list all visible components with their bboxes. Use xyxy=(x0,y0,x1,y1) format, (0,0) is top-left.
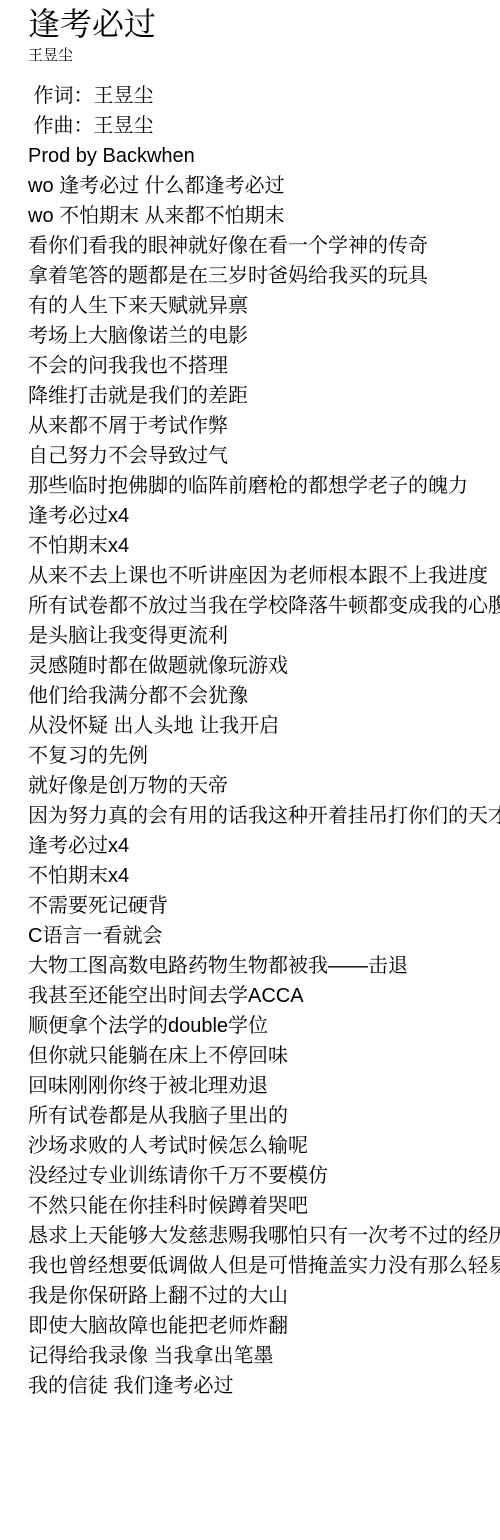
lyric-line: 不需要死记硬背 xyxy=(28,891,500,921)
lyric-line: 我是你保研路上翻不过的大山 xyxy=(28,1281,500,1311)
lyric-line: 没经过专业训练请你千万不要模仿 xyxy=(28,1161,500,1191)
lyric-line: 降维打击就是我们的差距 xyxy=(28,381,500,411)
lyric-line: 记得给我录像 当我拿出笔墨 xyxy=(28,1341,500,1371)
credit-line: Prod by Backwhen xyxy=(28,141,500,171)
lyric-line: 我也曾经想要低调做人但是可惜掩盖实力没有那么轻易 xyxy=(28,1251,500,1281)
lyric-line: 顺便拿个法学的double学位 xyxy=(28,1011,500,1041)
lyric-line: wo 不怕期末 从来都不怕期末 xyxy=(28,201,500,231)
lyric-line: 看你们看我的眼神就好像在看一个学神的传奇 xyxy=(28,231,500,261)
credit-line: 作曲：王昱尘 xyxy=(28,111,500,141)
lyric-line: 从没怀疑 出人头地 让我开启 xyxy=(28,711,500,741)
lyric-line: 从来都不屑于考试作弊 xyxy=(28,411,500,441)
lyric-line: 所有试卷都不放过当我在学校降落牛顿都变成我的心腹 xyxy=(28,591,500,621)
lyric-line: 大物工图高数电路药物生物都被我——击退 xyxy=(28,951,500,981)
lyric-line: 沙场求败的人考试时候怎么输呢 xyxy=(28,1131,500,1161)
lyric-line: 有的人生下来天赋就异禀 xyxy=(28,291,500,321)
song-title: 逢考必过 xyxy=(28,0,500,42)
lyric-line: 自己努力不会导致过气 xyxy=(28,441,500,471)
lyric-line: wo 逢考必过 什么都逢考必过 xyxy=(28,171,500,201)
lyrics-body: 作词：王昱尘 作曲：王昱尘Prod by Backwhenwo 逢考必过 什么都… xyxy=(28,81,500,1401)
lyric-line: 灵感随时都在做题就像玩游戏 xyxy=(28,651,500,681)
lyric-line: 不会的问我我也不搭理 xyxy=(28,351,500,381)
lyric-line: 不然只能在你挂科时候蹲着哭吧 xyxy=(28,1191,500,1221)
lyric-line: 考场上大脑像诺兰的电影 xyxy=(28,321,500,351)
lyric-line: 但你就只能躺在床上不停回味 xyxy=(28,1041,500,1071)
lyric-line: 不怕期末x4 xyxy=(28,531,500,561)
lyric-line: 逢考必过x4 xyxy=(28,831,500,861)
lyric-line: 即使大脑故障也能把老师炸翻 xyxy=(28,1311,500,1341)
lyric-line: 逢考必过x4 xyxy=(28,501,500,531)
lyric-line: 是头脑让我变得更流利 xyxy=(28,621,500,651)
lyric-line: 恳求上天能够大发慈悲赐我哪怕只有一次考不过的经历 xyxy=(28,1221,500,1251)
lyric-line: 从来不去上课也不听讲座因为老师根本跟不上我进度 xyxy=(28,561,500,591)
lyric-line: 那些临时抱佛脚的临阵前磨枪的都想学老子的魄力 xyxy=(28,471,500,501)
lyric-line: 我的信徒 我们逢考必过 xyxy=(28,1371,500,1401)
lyric-line: 不复习的先例 xyxy=(28,741,500,771)
credit-line: 作词：王昱尘 xyxy=(28,81,500,111)
lyrics-page: 逢考必过 王昱尘 作词：王昱尘 作曲：王昱尘Prod by Backwhenwo… xyxy=(0,0,500,1401)
lyric-line: C语言一看就会 xyxy=(28,921,500,951)
lyric-line: 就好像是创万物的天帝 xyxy=(28,771,500,801)
lyric-line: 因为努力真的会有用的话我这种开着挂吊打你们的天才 xyxy=(28,801,500,831)
artist-name: 王昱尘 xyxy=(28,46,500,66)
lyric-line: 回味刚刚你终于被北理劝退 xyxy=(28,1071,500,1101)
lyric-line: 他们给我满分都不会犹豫 xyxy=(28,681,500,711)
lyric-line: 不怕期末x4 xyxy=(28,861,500,891)
lyric-line: 拿着笔答的题都是在三岁时爸妈给我买的玩具 xyxy=(28,261,500,291)
lyric-line: 我甚至还能空出时间去学ACCA xyxy=(28,981,500,1011)
lyric-line: 所有试卷都是从我脑子里出的 xyxy=(28,1101,500,1131)
